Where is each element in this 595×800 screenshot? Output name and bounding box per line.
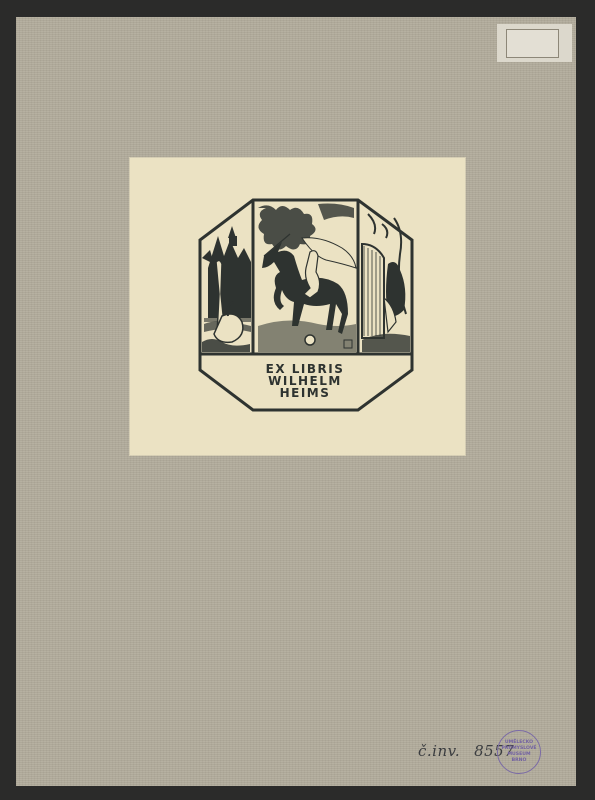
catalog-label: [497, 24, 572, 62]
stamp-line-4: BRNO: [512, 758, 527, 764]
museum-stamp: UMĚLECKO PRŮMYSLOVÉ MUSEUM BRNO: [497, 730, 541, 774]
catalog-label-frame: [506, 29, 559, 58]
inventory-prefix: č.inv.: [418, 742, 460, 760]
bookplate-paper: EX LIBRIS WILHELM HEIMS: [130, 158, 465, 455]
inscription-line-3: HEIMS: [198, 387, 412, 399]
bookplate-print: EX LIBRIS WILHELM HEIMS: [198, 198, 414, 416]
